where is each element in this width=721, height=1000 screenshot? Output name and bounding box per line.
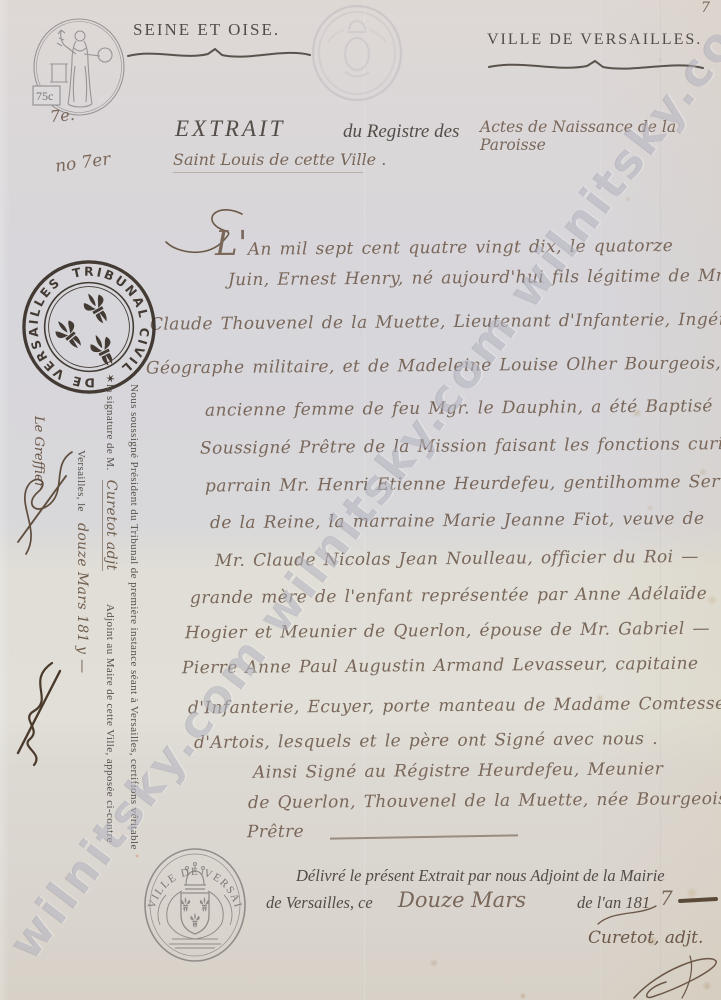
department-title: SEINE ET OISE. xyxy=(133,20,280,40)
document-page: 75c SEINE ET OISE. VILLE DE VERSAILLES. … xyxy=(0,0,721,1000)
manuscript-line: de Querlon, Thouvenel de la Muette, née … xyxy=(248,789,721,813)
manuscript-line: Mr. Claude Nicolas Jean Noulleau, offici… xyxy=(215,547,699,571)
manuscript-line: d'Infanterie, Ecuyer, porte manteau de M… xyxy=(188,694,721,719)
adjunct-signature: Curetot, adjt. xyxy=(588,928,703,948)
manuscript-line: L'An mil sept cent quatre vingt dix, le … xyxy=(215,220,673,264)
closing-rule xyxy=(330,834,518,839)
manuscript-line: de la Reine, la marraine Marie Jeanne Fi… xyxy=(210,509,705,533)
clerk-signature-paraph xyxy=(14,446,80,566)
manuscript-line: parrain Mr. Henri Etienne Heurdefeu, gen… xyxy=(205,472,721,497)
manuscript-line: Géographe militaire, et de Madeleine Lou… xyxy=(146,353,721,378)
swash-underline xyxy=(126,46,312,64)
swash-underline xyxy=(487,58,705,76)
manuscript-line: Ainsi Signé au Régistre Heurdefeu, Meuni… xyxy=(253,759,663,783)
manuscript-line: Juin, Ernest Henry, né aujourd'hui fils … xyxy=(228,266,721,290)
certification-line2: la signature de M. Curetot adjt Adjoint … xyxy=(103,384,119,904)
title-extrait: EXTRAIT xyxy=(175,116,285,142)
delivery-date-handwritten: Douze Mars xyxy=(398,888,526,912)
manuscript-line: Prêtre xyxy=(247,822,304,842)
margin-signature-paraph xyxy=(12,655,64,767)
title-handwritten-parish: Saint Louis de cette Ville . xyxy=(173,150,386,169)
margin-certification: Nous soussigné Président du Tribunal de … xyxy=(74,384,140,904)
manuscript-line: Soussigné Prêtre de la Mission faisant l… xyxy=(200,433,721,458)
title-handwritten-register-type: Actes de Naissance de la Paroisse xyxy=(480,118,721,154)
delivery-clause-line2-prefix: de Versailles, ce xyxy=(266,893,373,913)
title-registre: du Registre des xyxy=(343,121,459,143)
manuscript-line: Claude Thouvenel de la Muette, Lieutenan… xyxy=(150,309,721,334)
delivery-clause-line1: Délivré le présent Extrait par nous Adjo… xyxy=(296,866,665,886)
certification-line1: Nous soussigné Président du Tribunal de … xyxy=(128,384,140,904)
certification-line2-prefix: la signature de M. xyxy=(104,384,116,471)
manuscript-line: ancienne femme de feu Mgr. le Dauphin, a… xyxy=(205,395,721,420)
revenue-seal-allegory: 75c xyxy=(28,14,130,120)
handwritten-underline xyxy=(173,172,363,173)
city-title: VILLE DE VERSAILLES. xyxy=(487,31,702,49)
delivery-year-handwritten: 7 xyxy=(660,886,673,910)
manuscript-line: Pierre Anne Paul Augustin Armand Levasse… xyxy=(182,654,699,679)
adjunct-signature-paraph xyxy=(630,948,721,1000)
manuscript-line: grande mère de l'enfant représentée par … xyxy=(190,584,707,609)
fee-stamp-value: 75c xyxy=(36,89,53,103)
certified-name-handwritten: Curetot adjt xyxy=(102,480,119,571)
certification-date-flourish: y — xyxy=(74,646,90,674)
year-dash xyxy=(678,897,718,903)
manuscript-line: Hogier et Meunier de Querlon, épouse de … xyxy=(185,619,710,644)
certification-line2-suffix: Adjoint au Maire de cette Ville, apposée… xyxy=(104,604,116,843)
faded-round-stamp xyxy=(308,2,406,104)
date-flourish xyxy=(596,904,658,928)
ville-de-versailles-seal: VILLE DE VERSAILLES xyxy=(142,845,248,963)
manuscript-line: d'Artois, lesquels et le père ont Signé … xyxy=(194,729,658,753)
margin-note: no 7er xyxy=(54,149,112,177)
corner-mark: 7 xyxy=(701,0,710,16)
margin-note: 7e. xyxy=(49,105,76,126)
